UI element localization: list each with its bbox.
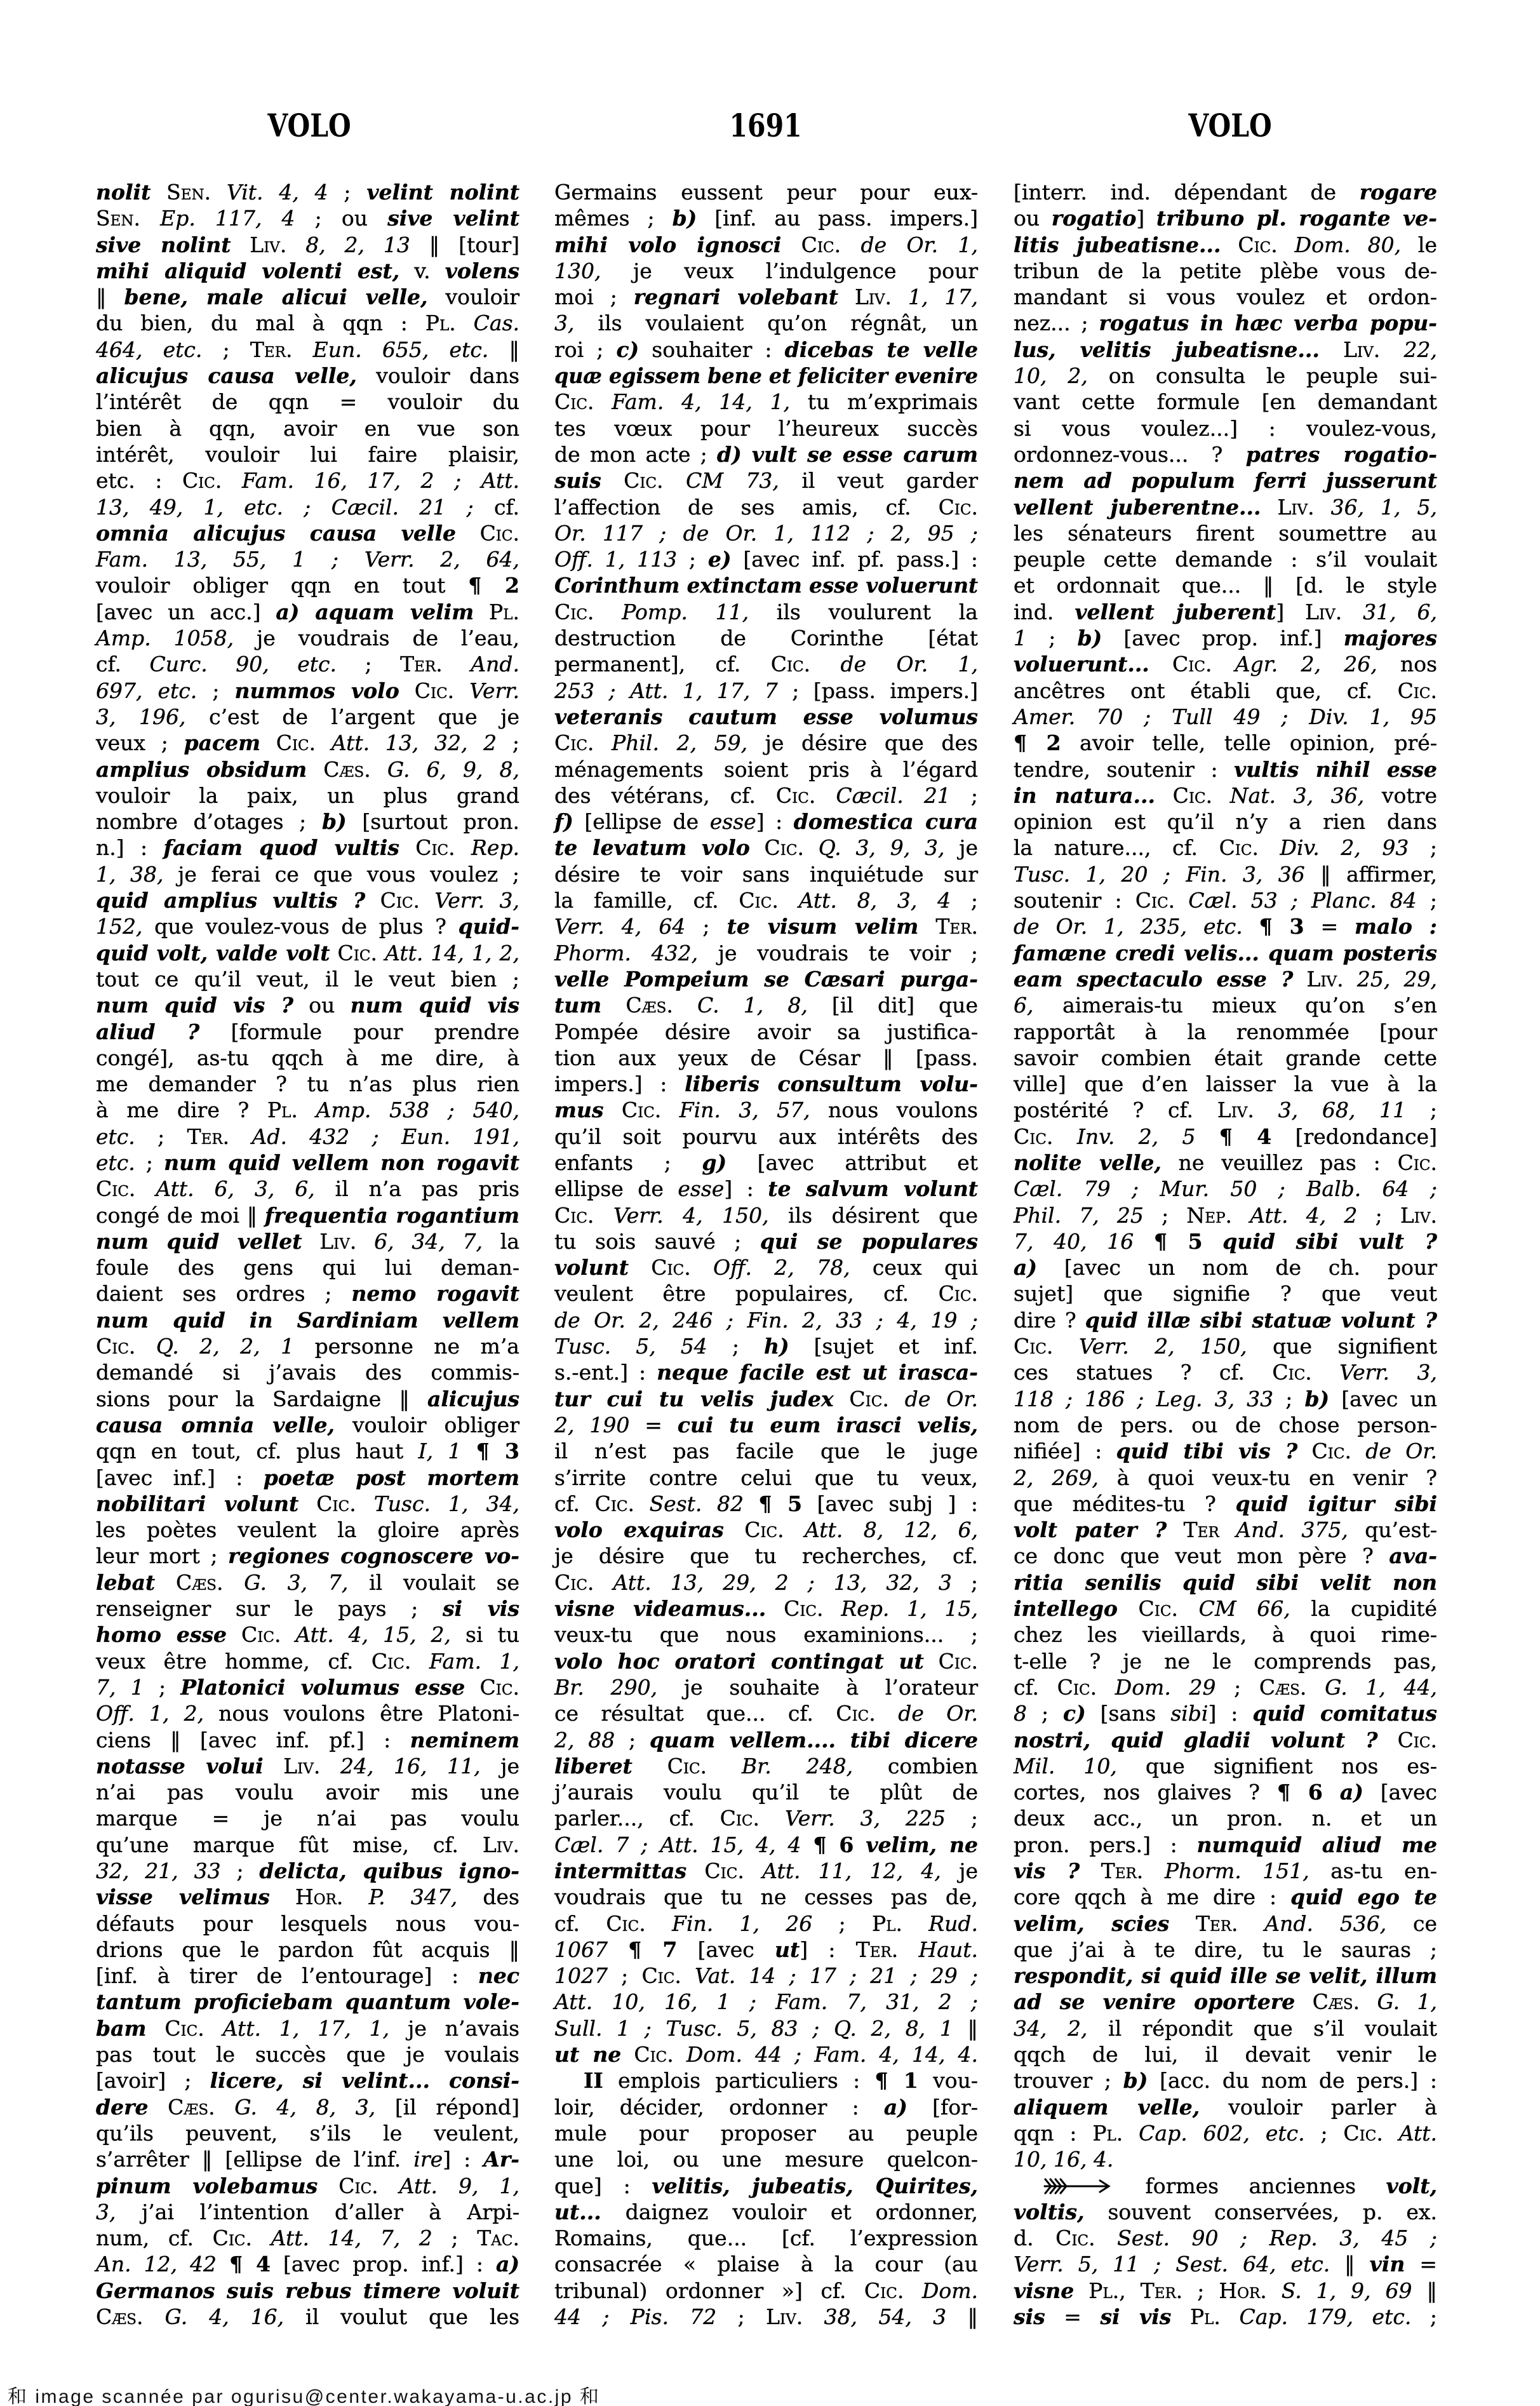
reference: esse [678, 1176, 724, 1201]
text-line: alicujus causa velle, vouloir dans [96, 363, 519, 389]
text-line: désire te voir sans inquiétude sur [554, 861, 978, 887]
text-line: liberet Cic. Br. 248, combien [554, 1753, 978, 1779]
reference: etc. [96, 1124, 135, 1149]
author-abbrev: Cic. [1398, 1728, 1437, 1752]
text-line: amplius obsidum Cæs. G. 6, 9, 8, [96, 756, 519, 783]
author-abbrev: Cic. [1272, 1360, 1311, 1385]
reference: Amp. 1058, [96, 626, 234, 650]
author-abbrev: Pl. [425, 311, 456, 335]
reference: Fin. 1, 26 [672, 1911, 812, 1936]
latin-citation: notasse volui [96, 1754, 264, 1778]
text-line: l’affection de ses amis, cf. Cic. [554, 494, 978, 520]
text-line: la nature..., cf. Cic. Div. 2, 93 ; [1014, 835, 1437, 861]
text-line: leur mort ; regiones cognoscere vo- [96, 1543, 519, 1569]
reference: 6, 34, 7, [374, 1229, 483, 1254]
text-line: Phil. 7, 25 ; Nep. Att. 4, 2 ; Liv. [1014, 1202, 1437, 1228]
latin-citation: bam [96, 2016, 146, 2041]
reference: esse [710, 809, 756, 834]
author-abbrev: Cic. [622, 1098, 661, 1122]
latin-citation: omnia alicujus causa velle [96, 521, 456, 546]
latin-citation: a) [496, 2252, 519, 2276]
reference: Vit. 4, 4 [227, 180, 328, 205]
latin-citation: aliquem velle, [1014, 2095, 1200, 2120]
scan-credit: 和 image scannée par ogurisu@center.wakay… [8, 2381, 600, 2406]
reference: Inv. 2, 5 [1077, 1124, 1196, 1149]
author-abbrev: Cic. [1139, 1596, 1178, 1621]
text-line: il n’est pas facile que le juge [554, 1438, 978, 1464]
author-abbrev: Cic. [480, 521, 519, 546]
latin-citation: quid ego te [1290, 1885, 1437, 1909]
latin-citation: rogatio [1052, 206, 1137, 231]
text-line: et ordonnait que... ‖ [d. le style [1014, 572, 1437, 598]
author-abbrev: Sen. [166, 180, 211, 205]
text-line: nobilitari volunt Cic. Tusc. 1, 34, [96, 1491, 519, 1517]
author-abbrev: Ter. [935, 914, 978, 939]
latin-citation: dere [96, 2095, 148, 2120]
text-line: veulent être populaires, cf. Cic. [554, 1280, 978, 1307]
latin-citation: aliud ? [96, 1019, 199, 1044]
reference: Rud. [928, 1911, 978, 1936]
author-abbrev: Cic. [744, 1517, 784, 1542]
text-line: me demander ? tu n’as plus rien [96, 1071, 519, 1097]
latin-citation: volens [445, 259, 519, 283]
text-line: etc. : Cic. Fam. 16, 17, 2 ; Att. [96, 467, 519, 494]
text-line: 32, 21, 33 ; delicta, quibus igno- [96, 1858, 519, 1884]
reference: 464, etc. [96, 337, 202, 362]
latin-citation: a) [1340, 1780, 1363, 1805]
text-line: bien à qqn, avoir en vue son [96, 415, 519, 441]
text-line: Mil. 10, que signifient nos es- [1014, 1753, 1437, 1779]
author-abbrev: Liv. [766, 2304, 803, 2329]
author-abbrev: Cic. [380, 888, 420, 913]
author-abbrev: Cic. [213, 2226, 252, 2250]
author-abbrev: Cic. [1057, 1675, 1097, 1700]
latin-citation: te visum velim [727, 914, 919, 939]
text-line: j’aurais voulu qu’il te plût de [554, 1779, 978, 1805]
author-abbrev: Cic. [1343, 2121, 1383, 2146]
author-abbrev: Cic. [836, 1701, 875, 1726]
reference: 1, 17, [908, 285, 978, 309]
latin-citation: pacem [184, 730, 260, 755]
latin-citation: e) [708, 547, 732, 572]
text-line: qu’il soit pourvu aux intérêts des [554, 1124, 978, 1150]
text-line: homo esse Cic. Att. 4, 15, 2, si tu [96, 1622, 519, 1648]
latin-citation: patres rogatio- [1246, 442, 1437, 467]
reference: Att. [1399, 2121, 1437, 2146]
text-line: volo exquiras Cic. Att. 8, 12, 6, [554, 1517, 978, 1543]
reference: And. [471, 652, 519, 676]
author-abbrev: Cic. [651, 1255, 690, 1280]
text-line: Cic. Pomp. 11, ils voulurent la [554, 599, 978, 625]
text-line: core qqch à me dire : quid ego te [1014, 1884, 1437, 1910]
reference: Verr. [469, 678, 519, 703]
reference: 24, 16, 11, [340, 1754, 481, 1778]
text-line: ciens ‖ [avec inf. pf.] : neminem [96, 1727, 519, 1753]
text-line: Phorm. 432, je voudrais te voir ; [554, 940, 978, 966]
text-line: famæne credi velis... quam posteris [1014, 940, 1437, 966]
reference: Br. 290, [554, 1675, 657, 1700]
author-abbrev: Cic. [415, 835, 455, 860]
latin-citation: mus [554, 1098, 604, 1122]
latin-citation: licere, si velint... consi- [210, 2068, 519, 2093]
reference: Off. 1, 2, [96, 1701, 204, 1726]
text-line: ces statues ? cf. Cic. Verr. 3, [1014, 1359, 1437, 1385]
running-head-right-text: VOLO [1188, 110, 1271, 142]
text-line: des vétérans, cf. Cic. Cæcil. 21 ; [554, 783, 978, 809]
reference: An. 12, 42 [96, 2252, 217, 2276]
text-line: formes anciennes volt, [1014, 2173, 1437, 2199]
reference: And. 375, [1236, 1517, 1348, 1542]
reference: de Or. [905, 1387, 978, 1411]
text-line: 10, 16, 4. [1014, 2146, 1437, 2172]
text-line: opinion est qu’il n’y a rien dans [1014, 809, 1437, 835]
text-line: Cæs. G. 4, 16, il voulut que les [96, 2304, 519, 2330]
text-line: cf. Cic. Sest. 82 ¶ 5 [avec subj ] : [554, 1491, 978, 1517]
text-line: 6, aimerais-tu mieux qu’on s’en [1014, 992, 1437, 1018]
latin-citation: intellego [1014, 1596, 1118, 1621]
text-line: congé de moi ‖ frequentia rogantium [96, 1202, 519, 1228]
author-abbrev: Cic. [641, 1963, 681, 1988]
latin-citation: liberet [554, 1754, 633, 1778]
page-number-text: 1691 [730, 110, 802, 142]
reference: P. 347, [369, 1885, 458, 1909]
text-line: 7, 40, 16 ¶ 5 quid sibi vult ? [1014, 1228, 1437, 1254]
text-line: qu’ils peuvent, s’ils le veulent, [96, 2120, 519, 2146]
text-line: qqn : Pl. Cap. 602, etc. ; Cic. Att. [1014, 2120, 1437, 2146]
text-line: num quid vellet Liv. 6, 34, 7, la [96, 1228, 519, 1254]
text-line: 2, 269, à quoi veux-tu en venir ? [1014, 1465, 1437, 1491]
text-line: ce résultat que... cf. Cic. de Or. [554, 1700, 978, 1726]
text-line: 1, 38, je ferai ce que vous voulez ; [96, 861, 519, 887]
reference: 31, 6, [1363, 600, 1437, 624]
reference: Att. 14, 7, 2 [271, 2226, 432, 2250]
section-mark: ¶ 2 [1014, 730, 1061, 755]
reference: Att. 4, 2 [1250, 1203, 1357, 1228]
text-line: voluerunt... Cic. Agr. 2, 26, nos [1014, 651, 1437, 677]
text-line: ville] que d’en laisser la vue à la [1014, 1071, 1437, 1097]
text-line: lebat Cæs. G. 3, 7, il voulait se [96, 1569, 519, 1596]
section-mark: ¶ 3 [1259, 914, 1304, 939]
latin-citation: b) [673, 206, 697, 231]
text-line: 118 ; 186 ; Leg. 3, 33 ; b) [avec un [1014, 1386, 1437, 1412]
reference: Ep. 117, 4 [160, 206, 295, 231]
reference: 36, 1, 5, [1331, 495, 1437, 520]
reference: Cæl. 7 ; Att. 15, 4, 4 [554, 1832, 801, 1857]
text-line: eam spectaculo esse ? Liv. 25, 29, [1014, 966, 1437, 992]
text-line: Att. 10, 16, 1 ; Fam. 7, 31, 2 ; [554, 1989, 978, 2015]
text-line: 152, que voulez-vous de plus ? quid- [96, 913, 519, 939]
latin-citation: malo : [1355, 914, 1437, 939]
text-line: veux-tu que nous examinions... ; [554, 1622, 978, 1648]
text-line: tion aux yeux de César ‖ [pass. [554, 1045, 978, 1071]
author-abbrev: Cic. [1398, 1150, 1437, 1175]
text-line: causa omnia velle, vouloir obliger [96, 1412, 519, 1438]
text-line: mêmes ; b) [inf. au pass. impers.] [554, 205, 978, 231]
text-line: aliud ? [formule pour prendre [96, 1019, 519, 1045]
author-abbrev: Cic. [1398, 678, 1437, 703]
reference: Haut. [919, 1937, 978, 1962]
author-abbrev: Cic. [554, 730, 594, 755]
latin-citation: amplius obsidum [96, 757, 307, 782]
text-line: visse velimus Hor. P. 347, des [96, 1884, 519, 1910]
reference: 44 ; Pis. 72 [554, 2304, 716, 2329]
latin-citation: quid comitatus [1252, 1701, 1437, 1726]
text-line: s’irrite contre celui que tu veux, [554, 1465, 978, 1491]
text-line: sis = si vis Pl. Cap. 179, etc. ; [1014, 2304, 1437, 2330]
latin-citation: velim, ne [866, 1832, 978, 1857]
author-abbrev: Cæs. [1259, 1675, 1307, 1700]
text-line: Cæl. 7 ; Att. 15, 4, 4 ¶ 6 velim, ne [554, 1832, 978, 1858]
author-abbrev: Cic. [554, 389, 594, 414]
reference: Att. 6, 3, 6, [156, 1176, 314, 1201]
latin-citation: ava- [1389, 1543, 1437, 1568]
text-line: bam Cic. Att. 1, 17, 1, je n’avais [96, 2015, 519, 2041]
latin-citation: a) aquam velim [276, 600, 474, 624]
author-abbrev: Liv. [1217, 1098, 1254, 1122]
text-line: d. Cic. Sest. 90 ; Rep. 3, 45 ; [1014, 2225, 1437, 2251]
text-line: Germanos suis rebus timere voluit [96, 2278, 519, 2304]
text-line: [avoir] ; licere, si velint... consi- [96, 2067, 519, 2093]
text-line: veux ; pacem Cic. Att. 13, 32, 2 ; [96, 730, 519, 756]
text-line: quæ egissem bene et feliciter evenire [554, 363, 978, 389]
reference: Dom. 44 ; Fam. 4, 14, 4. [686, 2042, 978, 2067]
reference: Cæl. 79 ; Mur. 50 ; Balb. 64 ; [1014, 1176, 1437, 1201]
text-line: 3, 196, c’est de l’argent que je [96, 704, 519, 730]
reference: Verr. 4, 64 [554, 914, 685, 939]
author-abbrev: Tac. [477, 2226, 519, 2250]
author-abbrev: Sen. [96, 206, 140, 231]
latin-citation: qui se populares [760, 1229, 978, 1254]
author-abbrev: Liv. [855, 285, 892, 309]
latin-citation: nem ad populum ferri jusserunt [1014, 468, 1437, 493]
reference: 3, 68, 11 [1278, 1098, 1406, 1122]
text-line: Sull. 1 ; Tusc. 5, 83 ; Q. 2, 8, 1 ‖ [554, 2015, 978, 2041]
text-line: Cic. Verr. 4, 150, ils désirent que [554, 1202, 978, 1228]
text-line: etc. ; num quid vellem non rogavit [96, 1150, 519, 1176]
author-abbrev: Cic. [704, 1858, 744, 1883]
text-line: mus Cic. Fin. 3, 57, nous voulons [554, 1097, 978, 1123]
reference: 8 [1014, 1701, 1027, 1726]
text-line: Pompée désire avoir sa justifica- [554, 1019, 978, 1045]
text-line: vant cette formule [en demandant [1014, 389, 1437, 415]
reference: 118 ; 186 ; Leg. 3, 33 [1014, 1387, 1273, 1411]
text-line: sions pour la Sardaigne ‖ alicujus [96, 1386, 519, 1412]
text-line: intérêt, vouloir lui faire plaisir, [96, 441, 519, 467]
reference: Att. 11, 12, 4, [762, 1858, 941, 1883]
latin-citation: tantum proficiebam quantum vole- [96, 1989, 519, 2014]
author-abbrev: Nep. [1186, 1203, 1232, 1228]
author-abbrev: Liv. [1278, 495, 1315, 520]
reference: Cæl. 53 ; Planc. 84 [1188, 888, 1416, 913]
latin-citation: visse velimus [96, 1885, 270, 1909]
text-line: ancêtres ont établi que, cf. Cic. [1014, 678, 1437, 704]
latin-citation: voluerunt... [1014, 652, 1149, 676]
text-line: foule des gens qui lui deman- [96, 1254, 519, 1280]
latin-citation: ritia senilis quid sibi velit non [1014, 1570, 1437, 1595]
text-line: moi ; regnari volebant Liv. 1, 17, [554, 284, 978, 310]
author-abbrev: Pl. [267, 1098, 298, 1122]
reference: etc. [96, 1150, 135, 1175]
text-line: [avec inf.] : poetæ post mortem [96, 1465, 519, 1491]
text-line: in natura... Cic. Nat. 3, 36, votre [1014, 783, 1437, 809]
latin-citation: vellent juberentne... [1014, 495, 1261, 520]
text-line: num quid vis ? ou num quid vis [96, 992, 519, 1018]
text-line: [avec un acc.] a) aquam velim Pl. [96, 599, 519, 625]
latin-citation: tur cui tu velis judex [554, 1387, 834, 1411]
text-line: 1027 ; Cic. Vat. 14 ; 17 ; 21 ; 29 ; [554, 1963, 978, 1989]
latin-citation: vis ? [1014, 1858, 1080, 1883]
reference: Att. 8, 3, 4 [799, 888, 951, 913]
author-abbrev: Cic. [276, 730, 316, 755]
reference: 13, 49, 1, etc. ; Cæcil. 21 ; [96, 495, 474, 520]
author-abbrev: Cic. [771, 652, 810, 676]
text-line: cortes, nos glaives ? ¶ 6 a) [avec [1014, 1779, 1437, 1805]
latin-citation: velitis, jubeatis, Quirites, [652, 2174, 978, 2198]
author-abbrev: Liv. [1400, 1203, 1437, 1228]
latin-citation: Corinthum extinctam esse voluerunt [554, 573, 978, 598]
text-line: Off. 1, 2, nous voulons être Platoni- [96, 1700, 519, 1726]
author-abbrev: Cic. [667, 1754, 707, 1778]
reference: CM 66, [1199, 1596, 1290, 1621]
author-abbrev: Hor. [295, 1885, 343, 1909]
latin-citation: num quid vellem non rogavit [164, 1150, 519, 1175]
reference: 7, 40, 16 [1014, 1229, 1134, 1254]
latin-citation: volunt [554, 1255, 629, 1280]
text-line: de mon acte ; d) vult se esse carum [554, 441, 978, 467]
text-line: sive nolint Liv. 8, 2, 13 ‖ [tour] [96, 232, 519, 258]
author-abbrev: Cic. [739, 888, 778, 913]
reference: 10, 2, [1014, 363, 1088, 388]
latin-citation: volo hoc oratori contingat ut [554, 1649, 924, 1674]
text-line: vouloir obliger qqn en tout ¶ 2 [96, 572, 519, 598]
reference: de Or. 1, 235, etc. [1014, 914, 1243, 939]
text-line: 3, j’ai l’intention d’aller à Arpi- [96, 2199, 519, 2225]
reference: CM 73, [686, 468, 779, 493]
reference: 1, 38, [96, 862, 164, 887]
latin-citation: vin [1370, 2252, 1405, 2276]
reference: Fam. 4, 14, 1, [612, 389, 790, 414]
latin-citation: volt, [1386, 2174, 1437, 2198]
text-line: tur cui tu velis judex Cic. de Or. [554, 1386, 978, 1412]
reference: Tusc. 5, 54 [554, 1334, 707, 1359]
latin-citation: num quid vis [351, 993, 519, 1018]
text-line: Off. 1, 113 ; e) [avec inf. pf. pass.] : [554, 546, 978, 572]
text-line: drions que le pardon fût acquis ‖ [96, 1937, 519, 1963]
latin-citation: vellent juberent [1075, 600, 1276, 624]
text-line: la famille, cf. Cic. Att. 8, 3, 4 ; [554, 887, 978, 913]
latin-citation: Germanos suis rebus timere voluit [96, 2278, 519, 2303]
text-line: trouver ; b) [acc. du nom de pers.] : [1014, 2067, 1437, 2093]
author-abbrev: Cic. [606, 1911, 645, 1936]
reference: sibi [1170, 1701, 1208, 1726]
latin-citation: in natura... [1014, 783, 1155, 808]
author-abbrev: Cæs. [626, 993, 673, 1018]
author-abbrev: Hor. [1219, 2278, 1266, 2303]
text-line: Corinthum extinctam esse voluerunt [554, 572, 978, 598]
latin-citation: eam spectaculo esse ? [1014, 967, 1293, 991]
author-abbrev: Pl. [1092, 2121, 1123, 2146]
latin-citation: sive nolint [96, 232, 231, 257]
latin-citation: respondit, si quid ille se velit, illum [1014, 1963, 1437, 1988]
reference: And. 536, [1264, 1911, 1386, 1936]
author-abbrev: Liv. [283, 1754, 320, 1778]
text-line: Cic. Phil. 2, 59, je désire que des [554, 730, 978, 756]
text-line: An. 12, 42 ¶ 4 [avec prop. inf.] : a) [96, 2251, 519, 2277]
reference: Agr. 2, 26, [1235, 652, 1377, 676]
text-line: 2, 190 = cui tu eum irasci velis, [554, 1412, 978, 1438]
latin-citation: quæ egissem bene et feliciter evenire [554, 363, 978, 388]
author-abbrev: Liv. [250, 232, 286, 257]
reference: G. 3, 7, [244, 1570, 348, 1595]
latin-citation: g) [702, 1150, 726, 1175]
text-line: omnia alicujus causa velle Cic. [96, 520, 519, 546]
reference: Off. 2, 78, [713, 1255, 850, 1280]
author-abbrev: Cæs. [176, 1570, 224, 1595]
text-line: enfants ; g) [avec attribut et [554, 1150, 978, 1176]
latin-citation: velle Pompeium se Cæsari purga- [554, 967, 978, 991]
text-line: 13, 49, 1, etc. ; Cæcil. 21 ; cf. [96, 494, 519, 520]
text-line: veteranis cautum esse volumus [554, 704, 978, 730]
author-abbrev: Ter. [187, 1124, 230, 1149]
author-abbrev: Cic. [720, 1806, 760, 1831]
reference: 1027 [554, 1963, 608, 1988]
latin-citation: nec [478, 1963, 519, 1988]
latin-citation: tribuno pl. rogante ve- [1156, 206, 1437, 231]
text-line: ut ne Cic. Dom. 44 ; Fam. 4, 14, 4. [554, 2041, 978, 2067]
text-line: 10, 2, on consulta le peuple sui- [1014, 363, 1437, 389]
text-line: dere Cæs. G. 4, 8, 3, [il répond] [96, 2094, 519, 2120]
text-line: s.-ent.] : neque facile est ut irasca- [554, 1359, 978, 1385]
reference: Tusc. 1, 34, [374, 1491, 519, 1516]
text-line: je désire que tu recherches, cf. [554, 1543, 978, 1569]
author-abbrev: Cic. [1055, 2226, 1095, 2250]
latin-citation: c) [1063, 1701, 1086, 1726]
author-abbrev: Cic. [182, 468, 222, 493]
reference: Fam. 16, 17, 2 ; Att. [242, 468, 519, 493]
author-abbrev: Cic. [316, 1491, 356, 1516]
latin-citation: domestica cura [794, 809, 978, 834]
reference: 2, 190 [554, 1413, 629, 1437]
author-abbrev: Liv. [483, 1832, 519, 1857]
text-line: Tusc. 5, 54 ; h) [sujet et inf. [554, 1333, 978, 1359]
column-2: Germains eussent peur pour eux-mêmes ; b… [554, 179, 978, 2330]
author-abbrev: Pl. [872, 1911, 902, 1936]
reference: Fam. 13, 55, 1 ; Verr. 2, 64, [96, 547, 519, 572]
text-line: tu sois sauvé ; qui se populares [554, 1228, 978, 1254]
author-abbrev: Cic. [624, 468, 663, 493]
text-line: 1067 ¶ 7 [avec ut] : Ter. Haut. [554, 1937, 978, 1963]
text-line: 8 ; c) [sans sibi] : quid comitatus [1014, 1700, 1437, 1726]
author-abbrev: Cic. [801, 232, 841, 257]
text-line: mule pour proposer au peuple [554, 2120, 978, 2146]
section-mark: ¶ 6 [1277, 1780, 1323, 1805]
latin-citation: cui tu eum irasci velis, [678, 1413, 978, 1437]
reference: Dom. 29 [1115, 1675, 1216, 1700]
reference: Pomp. 11, [622, 600, 749, 624]
reference: Phorm. 151, [1165, 1858, 1309, 1883]
author-abbrev: Cic. [164, 2016, 204, 2041]
latin-citation: quid igitur sibi [1236, 1491, 1438, 1516]
latin-citation: regiones cognoscere vo- [228, 1543, 519, 1568]
reference: Phil. 7, 25 [1014, 1203, 1144, 1228]
latin-citation: visne [1014, 2278, 1074, 2303]
running-head-left-text: VOLO [267, 110, 351, 142]
reference: Dom. 80, [1295, 232, 1401, 257]
latin-citation: sis [1014, 2304, 1045, 2329]
latin-citation: nummos volo [235, 678, 399, 703]
author-abbrev: Cic. [554, 1570, 594, 1595]
text-line: tes vœux pour l’heureux succès [554, 415, 978, 441]
